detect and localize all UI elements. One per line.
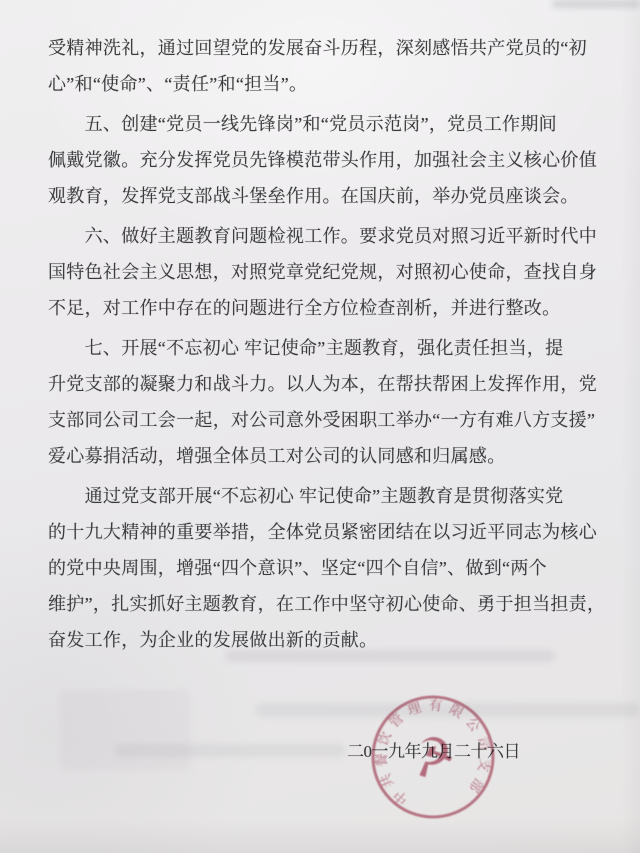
- text-line: 奋发工作，为企业的发展做出新的贡献。: [48, 622, 600, 658]
- text-line: 升党支部的凝聚力和战斗力。以人为本，在帮扶帮困上发挥作用，党: [48, 366, 600, 402]
- official-stamp: 中共餐饮管理有限公司支部 ☭: [352, 676, 515, 839]
- paragraph: 六、做好主题教育问题检视工作。要求党员对照习近平新时代中国特色社会主义思想，对照…: [48, 218, 600, 326]
- text-line: 六、做好主题教育问题检视工作。要求党员对照习近平新时代中: [48, 218, 600, 254]
- text-line: 受精神洗礼，通过回望党的发展奋斗历程，深刻感悟共产党员的“初: [48, 30, 600, 66]
- text-line: 支部同公司工会一起，对公司意外受困职工举办“一方有难八方支援”: [48, 402, 600, 438]
- paragraph: 七、开展“不忘初心 牢记使命”主题教育，强化责任担当，提升党支部的凝聚力和战斗力…: [48, 330, 600, 474]
- text-line: 佩戴党徽。充分发挥党员先锋模范带头作用，加强社会主义核心价值: [48, 142, 600, 178]
- bleed-through-smudge: [552, 0, 640, 8]
- paragraph: 五、创建“党员一线先锋岗”和“党员示范岗”，党员工作期间佩戴党徽。充分发挥党员先…: [48, 106, 600, 214]
- text-line: 通过党支部开展“不忘初心 牢记使命”主题教育是贯彻落实党: [48, 478, 600, 514]
- text-line: 不足，对工作中存在的问题进行全方位检查剖析，并进行整改。: [48, 290, 600, 326]
- bleed-through-smudge: [60, 690, 190, 770]
- text-line: 五、创建“党员一线先锋岗”和“党员示范岗”，党员工作期间: [48, 106, 600, 142]
- text-line: 观教育，发挥党支部战斗堡垒作用。在国庆前，举办党员座谈会。: [48, 178, 600, 214]
- text-line: 的党中央周围，增强“四个意识”、坚定“四个自信”、做到“两个: [48, 550, 600, 586]
- bleed-through-smudge: [115, 744, 345, 757]
- text-line: 七、开展“不忘初心 牢记使命”主题教育，强化责任担当，提: [48, 330, 600, 366]
- text-line: 爱心募捐活动，增强全体员工对公司的认同感和归属感。: [48, 438, 600, 474]
- text-line: 国特色社会主义思想，对照党章党纪党规，对照初心使命，查找自身: [48, 254, 600, 290]
- text-line: 维护”，扎实抓好主题教育，在工作中坚守初心使命、勇于担当担责，: [48, 586, 600, 622]
- text-line: 心”和“使命”、“责任”和“担当”。: [48, 66, 600, 102]
- text-line: 的十九大精神的重要举措，全体党员紧密团结在以习近平同志为核心: [48, 514, 600, 550]
- paragraph: 通过党支部开展“不忘初心 牢记使命”主题教育是贯彻落实党的十九大精神的重要举措，…: [48, 478, 600, 658]
- document-body: 受精神洗礼，通过回望党的发展奋斗历程，深刻感悟共产党员的“初心”和“使命”、“责…: [48, 30, 600, 662]
- document-photo: 受精神洗礼，通过回望党的发展奋斗历程，深刻感悟共产党员的“初心”和“使命”、“责…: [0, 0, 640, 853]
- paragraph: 受精神洗礼，通过回望党的发展奋斗历程，深刻感悟共产党员的“初心”和“使命”、“责…: [48, 30, 600, 102]
